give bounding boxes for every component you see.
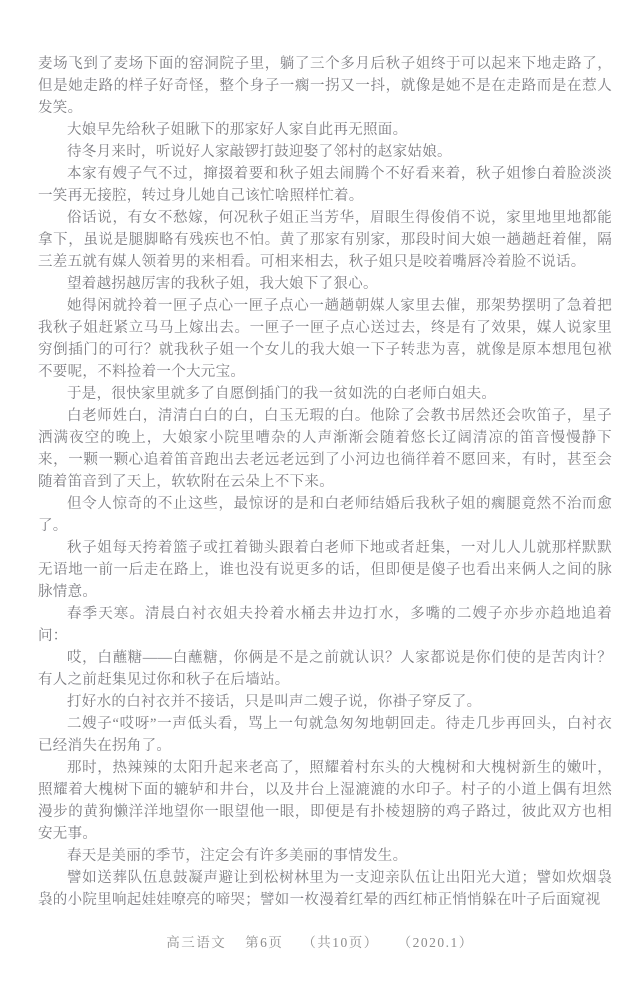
paragraph: 打好水的白衬衣并不接话，只是叫声二嫂子说，你褂子穿反了。 — [38, 691, 612, 713]
paragraph: 她得闲就拎着一匣子点心一匣子点心一趟趟朝媒人家里去催，那架势摆明了急着把我秋子姐… — [38, 295, 612, 383]
paragraph: 哎，白蘸糖——白蘸糖，你俩是不是之前就认识？人家都说是你们使的是苦肉计？有人之前… — [38, 647, 612, 691]
paragraph: 秋子姐每天挎着篮子或扛着锄头跟着白老师下地或者赶集，一对儿人儿就那样默默无语地一… — [38, 537, 612, 603]
paragraph: 望着越拐越厉害的我秋子姐，我大娘下了狠心。 — [38, 273, 612, 295]
footer-course-label: 高三语文 — [166, 931, 226, 951]
page-footer: 高三语文 第6页 （共10页） （2020.1） — [0, 931, 640, 951]
paragraph: 譬如送葬队伍息鼓凝声避让到松树林里为一支迎亲队伍让出阳光大道；譬如炊烟袅袅的小院… — [38, 867, 612, 911]
paragraph: 于是，很快家里就多了自愿倒插门的我一贫如洗的白老师白姐夫。 — [38, 383, 612, 405]
paragraph: 俗话说，有女不愁嫁，何况秋子姐正当芳华，眉眼生得俊俏不说，家里地里地都能拿下，虽… — [38, 207, 612, 273]
paragraph: 但令人惊奇的不止这些，最惊讶的是和白老师结婚后我秋子姐的瘸腿竟然不治而愈了。 — [38, 493, 612, 537]
footer-page-number: 第6页 — [245, 931, 283, 951]
paragraph: 那时，热辣辣的太阳升起来老高了，照耀着村东头的大槐树和大槐树新生的嫩叶，照耀着大… — [38, 757, 612, 845]
passage-body: 麦场飞到了麦场下面的窑洞院子里，躺了三个多月后秋子姐终于可以起来下地走路了，但是… — [38, 53, 612, 911]
paragraph: 春天是美丽的季节，注定会有许多美丽的事情发生。 — [38, 845, 612, 867]
paragraph: 待冬月来时，听说好人家敲锣打鼓迎娶了邻村的赵家姑娘。 — [38, 141, 612, 163]
footer-total-pages: （共10页） — [302, 931, 379, 951]
paragraph: 白老师姓白，清清白白的白，白玉无瑕的白。他除了会教书居然还会吹笛子，星子洒满夜空… — [38, 405, 612, 493]
paragraph: 二嫂子“哎呀”一声低头看，骂上一句就急匆匆地朝回走。待走几步再回头，白衬衣已经消… — [38, 713, 612, 757]
document-page: 麦场飞到了麦场下面的窑洞院子里，躺了三个多月后秋子姐终于可以起来下地走路了，但是… — [0, 0, 640, 1008]
paragraph: 本家有嫂子气不过，撺掇着要和秋子姐去闹腾个不好看来着，秋子姐惨白着脸淡淡一笑再无… — [38, 163, 612, 207]
paragraph: 大娘早先给秋子姐瞅下的那家好人家自此再无照面。 — [38, 119, 612, 141]
footer-date: （2020.1） — [398, 931, 474, 951]
paragraph: 春季天寒。清晨白衬衣姐夫拎着水桶去井边打水，多嘴的二嫂子亦步亦趋地追着问： — [38, 603, 612, 647]
paragraph: 麦场飞到了麦场下面的窑洞院子里，躺了三个多月后秋子姐终于可以起来下地走路了，但是… — [38, 53, 612, 119]
